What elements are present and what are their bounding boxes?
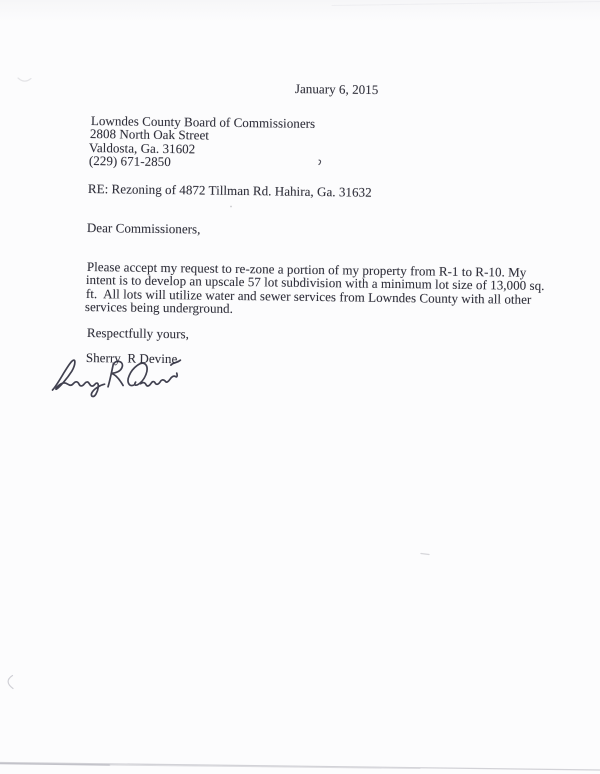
body-line: services being underground. (85, 300, 233, 316)
closing: Respectfully yours, (87, 326, 189, 341)
letter-date: January 6, 2015 (295, 82, 379, 97)
salutation: Dear Commissioners, (87, 221, 201, 236)
scanned-letter-page: January 6, 2015 Lowndes County Board of … (0, 0, 600, 774)
recipient-phone: (229) 671-2850 (89, 154, 171, 169)
handwritten-signature (49, 352, 190, 400)
subject-line: RE: Rezoning of 4872 Tillman Rd. Hahira,… (88, 182, 372, 200)
